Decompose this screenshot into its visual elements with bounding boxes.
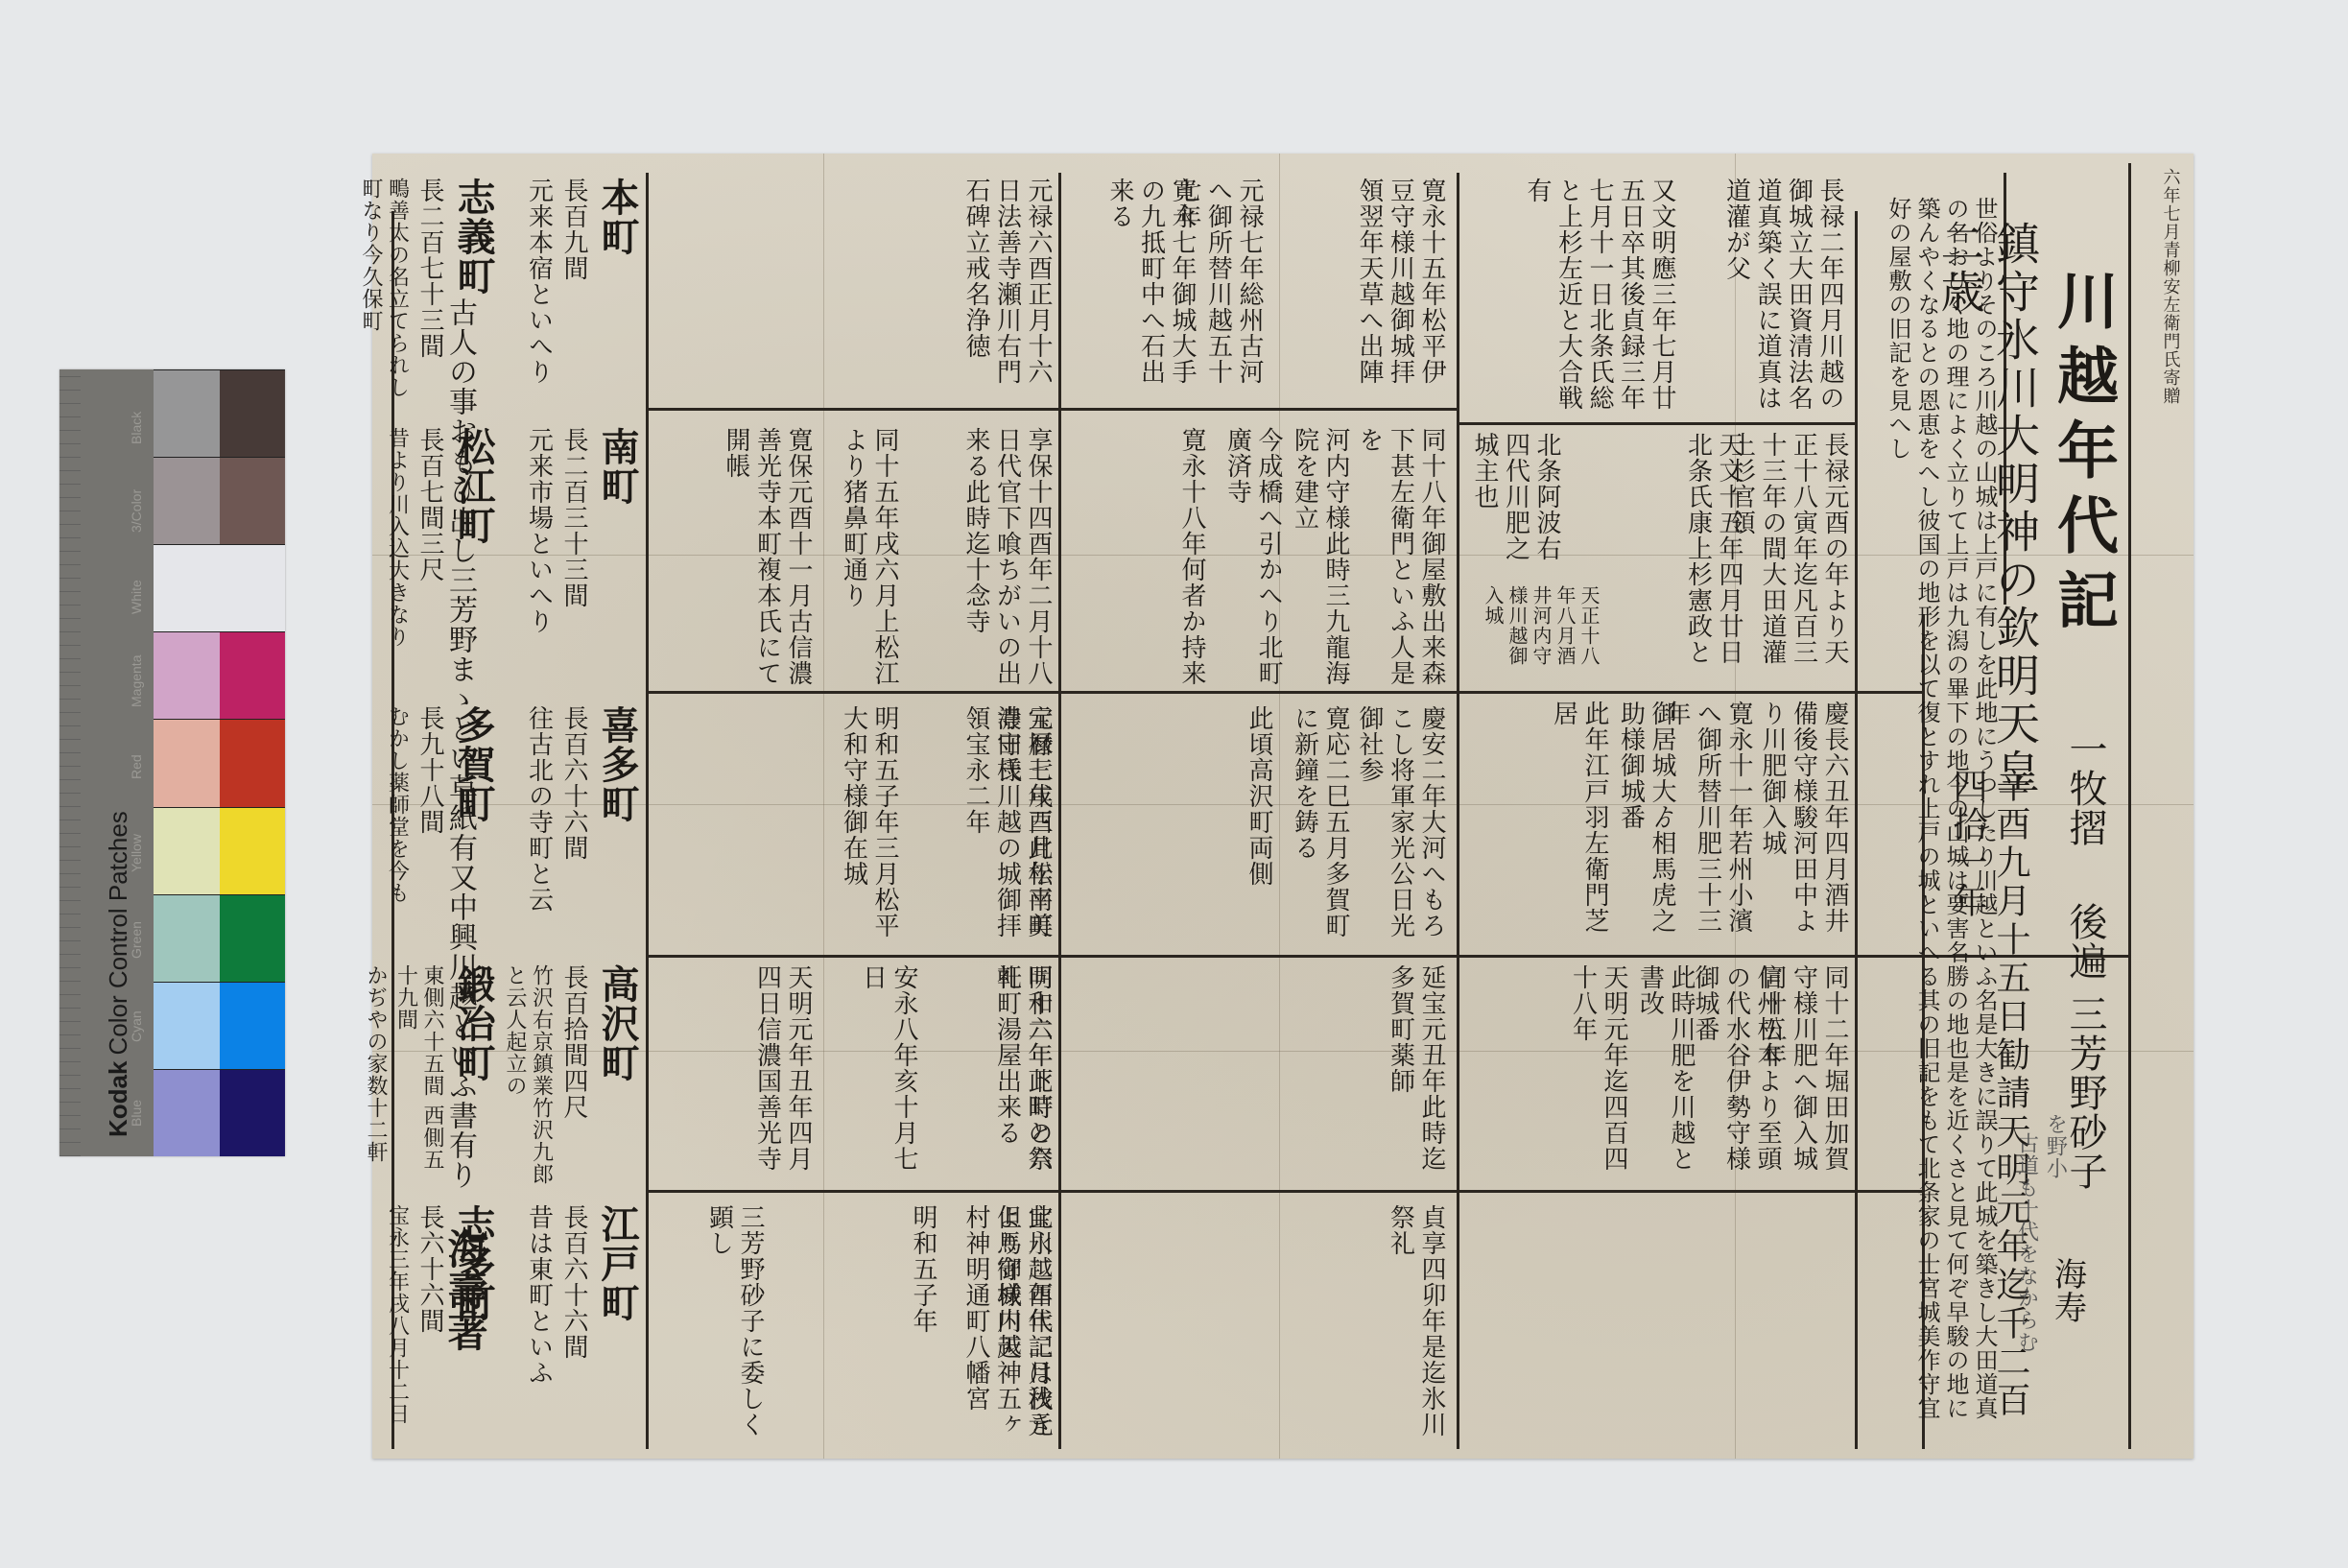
town-length: 長百六十六間 (558, 1204, 590, 1444)
chronicle-entry: 此年江戸羽左衛門芝居 (1562, 701, 1610, 950)
town-note: 元来本宿といへり (523, 178, 555, 408)
town-entry-edomachi: 江戸町 長百六十六間 昔は東町といふ (507, 1204, 641, 1444)
patch-black-light (154, 370, 220, 457)
misc-entry: 安永八年亥十月七日 (823, 964, 919, 1185)
chronicle-entry: 寛永七年御城大手の九抵町中へ石出来る (1140, 178, 1198, 408)
rule-line (1457, 691, 1922, 694)
patch-black-dark (220, 370, 286, 457)
misc-entry: 寛保元酉十一月古信濃善光寺本町複本氏にて開帳 (660, 427, 814, 686)
rule-line (646, 691, 1457, 694)
town-entry-kitamachi: 喜多町 長百六十六間 往古北の寺町と云 (507, 705, 641, 945)
town-note: 往古北の寺町と云 (523, 705, 555, 945)
author-name: 海寿 (2047, 1257, 2088, 1353)
chronicle-entry: 慶長六丑年四月酒井備後守様駿河田中より川肥御入城 (1764, 701, 1850, 950)
misc-entry: 三芳野砂子に委しく顕し (660, 1204, 766, 1444)
patch-row-cyan (154, 982, 285, 1069)
town-name: 喜多町 (593, 705, 641, 945)
town-note: 元来市場といへり (523, 427, 555, 686)
patch-magenta-dark (220, 632, 286, 719)
town-length: 長百九間 (558, 178, 590, 408)
patch-3color-light (154, 458, 220, 544)
rule-line (646, 408, 1457, 411)
patch-cyan-dark (220, 983, 286, 1069)
patch-label-green: Green (129, 904, 154, 976)
patch-label-red: Red (129, 731, 154, 803)
misc-entry: 天明元年丑年四月四日信濃国善光寺 (660, 964, 814, 1185)
chronicle-entry: 寛応二巳五月多賀町に新鐘を鋳る (1284, 705, 1351, 945)
chronicle-entry: 北条阿波右四代川肥之城主也 (1466, 432, 1562, 585)
town-entry-takasawamachi: 高沢町 長百拾間四尺 竹沢右京鎮業竹沢九郎と云人起立の (507, 964, 641, 1185)
left-column-text: 古人の事おもひ出し三芳野まゝとい草紙有又中興川越といふ書有り (401, 297, 478, 1257)
chronicle-entry: 御居城大ゟ相馬虎之助様御城番 (1620, 701, 1677, 950)
chronicle-entry: 天正十八年八月酒井河内守様川越御入城 (1505, 585, 1601, 681)
color-control-card: KodakColor Control Patches Blue Cyan Gre… (59, 369, 285, 1156)
chronicle-entry: 延宝元丑年此時迄多賀町薬師 (1351, 964, 1447, 1185)
rule-line (2128, 163, 2131, 1449)
patch-blue-dark (220, 1070, 286, 1156)
town-length: 長百拾間四尺 (558, 964, 590, 1185)
patch-yellow-light (154, 808, 220, 894)
patch-magenta-light (154, 632, 220, 719)
patch-label-cyan: Cyan (129, 990, 154, 1062)
chronicle-entry: 此頃高沢町両側 (1217, 705, 1274, 945)
town-length: 長百六十六間 (558, 705, 590, 945)
patch-red-dark (220, 720, 286, 806)
rule-line (646, 955, 1457, 958)
author-line-2: を野小 (2042, 1113, 2069, 1209)
rule-line (1058, 173, 1061, 1449)
chronicle-entry: 天文十五年四月廿日北条氏康上杉憲政と (1639, 432, 1744, 681)
patch-cyan-light (154, 983, 220, 1069)
patch-row-3color (154, 457, 285, 544)
patch-green-dark (220, 895, 286, 982)
chronicle-entry: 寛永十八年何者か持来 (1140, 427, 1207, 686)
chronicle-entry: 天明元年迄四百四十八年 (1562, 964, 1629, 1185)
chronicle-entry: 貞享四卯年是迄氷川祭礼 (1351, 1204, 1447, 1444)
patch-label-white: White (129, 561, 154, 633)
patch-row-white (154, 544, 285, 631)
chronicle-entry: 元禄六酉正月十六日法善寺瀬川右門石碑立戒名浄徳 (948, 178, 1054, 408)
rule-line (1855, 211, 1858, 1449)
chronicle-entry: 今成橋へ引かへり北町廣済寺 (1217, 427, 1284, 686)
town-length: 長二百三十三間 (558, 427, 590, 686)
patch-row-yellow (154, 807, 285, 894)
town-entry-minamicho: 南町 長二百三十三間 元来市場といへり (507, 427, 641, 686)
patch-yellow-dark (220, 808, 286, 894)
town-name: 本町 (593, 178, 641, 408)
patch-labels: Blue Cyan Green Yellow Red Magenta White… (129, 369, 154, 1156)
town-entry-honmachi: 本町 長百九間 元来本宿といへり (507, 178, 641, 408)
author-signature: 海壽著 (439, 1228, 490, 1420)
author-note: 古道も十代をなからむ (2013, 1132, 2040, 1420)
patch-label-blue: Blue (129, 1077, 154, 1149)
chronicle-entry: 河内守様此時三九龍海院を建立 (1293, 427, 1351, 686)
chronicle-entry: 信州松本より至頭の代水谷伊勢守様御城番 (1706, 964, 1783, 1185)
chronicle-entry: 同十二年堀田加賀守様川肥へ御入城同十五年 (1792, 964, 1850, 1185)
patch-label-magenta: Magenta (129, 643, 154, 720)
chronicle-entry: 慶安二年大河へもろこし将軍家光公日光御社参 (1361, 705, 1447, 945)
rule-line (1457, 422, 1855, 425)
patch-green-light (154, 895, 220, 982)
document-sheet: 六年七月青柳安左衛門氏寄贈 川越年代記 鎮守氷川大明神の欽明天皇二歳 辛酉九月十… (372, 154, 2194, 1459)
chronicle-entry: 元禄七年総州古河へ御所替川越五十七年 (1207, 178, 1265, 408)
patch-blue-light (154, 1070, 220, 1156)
misc-entry: 享保十四酉年二月十八日代官下喰ちがいの出来る此時迄十念寺 (910, 427, 1054, 686)
ruler-scale (59, 369, 81, 1156)
misc-entry: 同十五年戌六月上松江より猪鼻町通り (823, 427, 900, 686)
patch-grid (154, 369, 285, 1156)
chronicle-entry: 寛永十一年若州小濱へ御所替川肥三十三年 (1687, 701, 1754, 950)
misc-entry: 明和五子年三月松平大和守様御在城 (775, 705, 900, 945)
town-name: 江戸町 (593, 1204, 641, 1444)
chronicle-entry: 此時川肥を川越と書改 (1639, 964, 1696, 1185)
chronicle-entry: 又文明應三年七月廿五日卒其後貞録三年七月十一日北条氏総と上杉左近と大合戦有 (1466, 178, 1677, 417)
patch-row-magenta (154, 631, 285, 719)
patch-label-yellow: Yellow (129, 818, 154, 890)
rule-line (1457, 955, 1922, 958)
patch-row-red (154, 719, 285, 806)
town-name: 高沢町 (593, 964, 641, 1185)
misc-entry: 宝暦三年酉此年南町寺田氏 (910, 705, 1054, 945)
chronicle-entry: 同十八年御屋敷出来森下甚左衛門といふ人是を (1361, 427, 1447, 686)
town-name: 南町 (593, 427, 641, 686)
patch-red-light (154, 720, 220, 806)
patch-row-blue (154, 1069, 285, 1156)
chronicle-entry: 寛永十五年松平伊豆守様川越御城拝領翌年天草へ出陣 (1274, 178, 1447, 408)
town-note: 竹沢右京鎮業竹沢九郎と云人起立の (502, 964, 555, 1185)
patch-row-black (154, 369, 285, 457)
rule-line (1457, 1190, 1922, 1193)
chronicle-entry: 長禄二年四月川越の御城立大田資清法名道真築く誤に道真は道灌が父 (1682, 178, 1845, 417)
sheet-type: 一牧摺 (2061, 729, 2109, 921)
patch-white (154, 545, 285, 631)
rule-line (646, 173, 649, 1449)
town-note: かぢやの家数十二軒 (363, 964, 390, 1185)
patch-label-black: Black (129, 392, 154, 463)
patch-3color-dark (220, 458, 286, 544)
rule-line (646, 1190, 1457, 1193)
document-title: 川越年代記 (2044, 269, 2121, 710)
intro-text: 世俗よりそのころ川越の山城は上戸に有しを此地にうつしたり川越といふ名是大きに誤り… (1864, 197, 1999, 1435)
patch-row-green (154, 894, 285, 982)
patch-label-3color: 3/Color (129, 475, 154, 547)
misc-entry: 明和六年下町と六軒町湯屋出来る (929, 964, 1054, 1185)
chronicle-entry: 長禄元酉の年より天正十八寅年迄凡百三十三年の間大田道灌上杉官領 (1754, 432, 1850, 681)
rule-line (1457, 173, 1459, 1449)
misc-entry: 此川越年代記は浅きより御城内天神五ヶ村神明通町八幡宮 (775, 1204, 1054, 1444)
town-note: 昔は東町といふ (523, 1204, 555, 1444)
author-line-1: 後遍 三芳野砂子 (2061, 902, 2109, 1286)
donation-annotation: 六年七月青柳安左衛門氏寄贈 (2159, 168, 2181, 494)
